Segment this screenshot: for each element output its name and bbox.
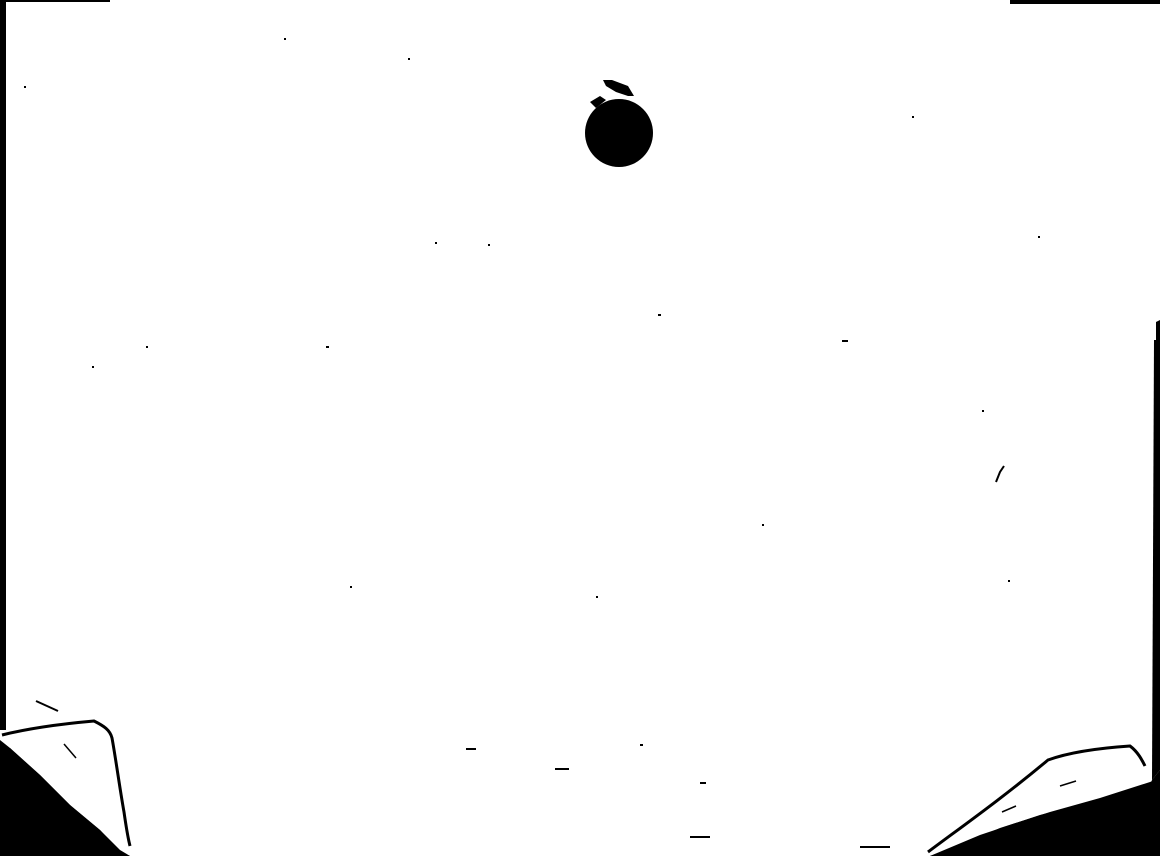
left-edge-shadow [0, 0, 6, 730]
paper-sheet [0, 0, 1160, 856]
photo-scene: High-contrast black and white photo of a… [0, 0, 1160, 856]
paper-illustration [0, 0, 1160, 856]
